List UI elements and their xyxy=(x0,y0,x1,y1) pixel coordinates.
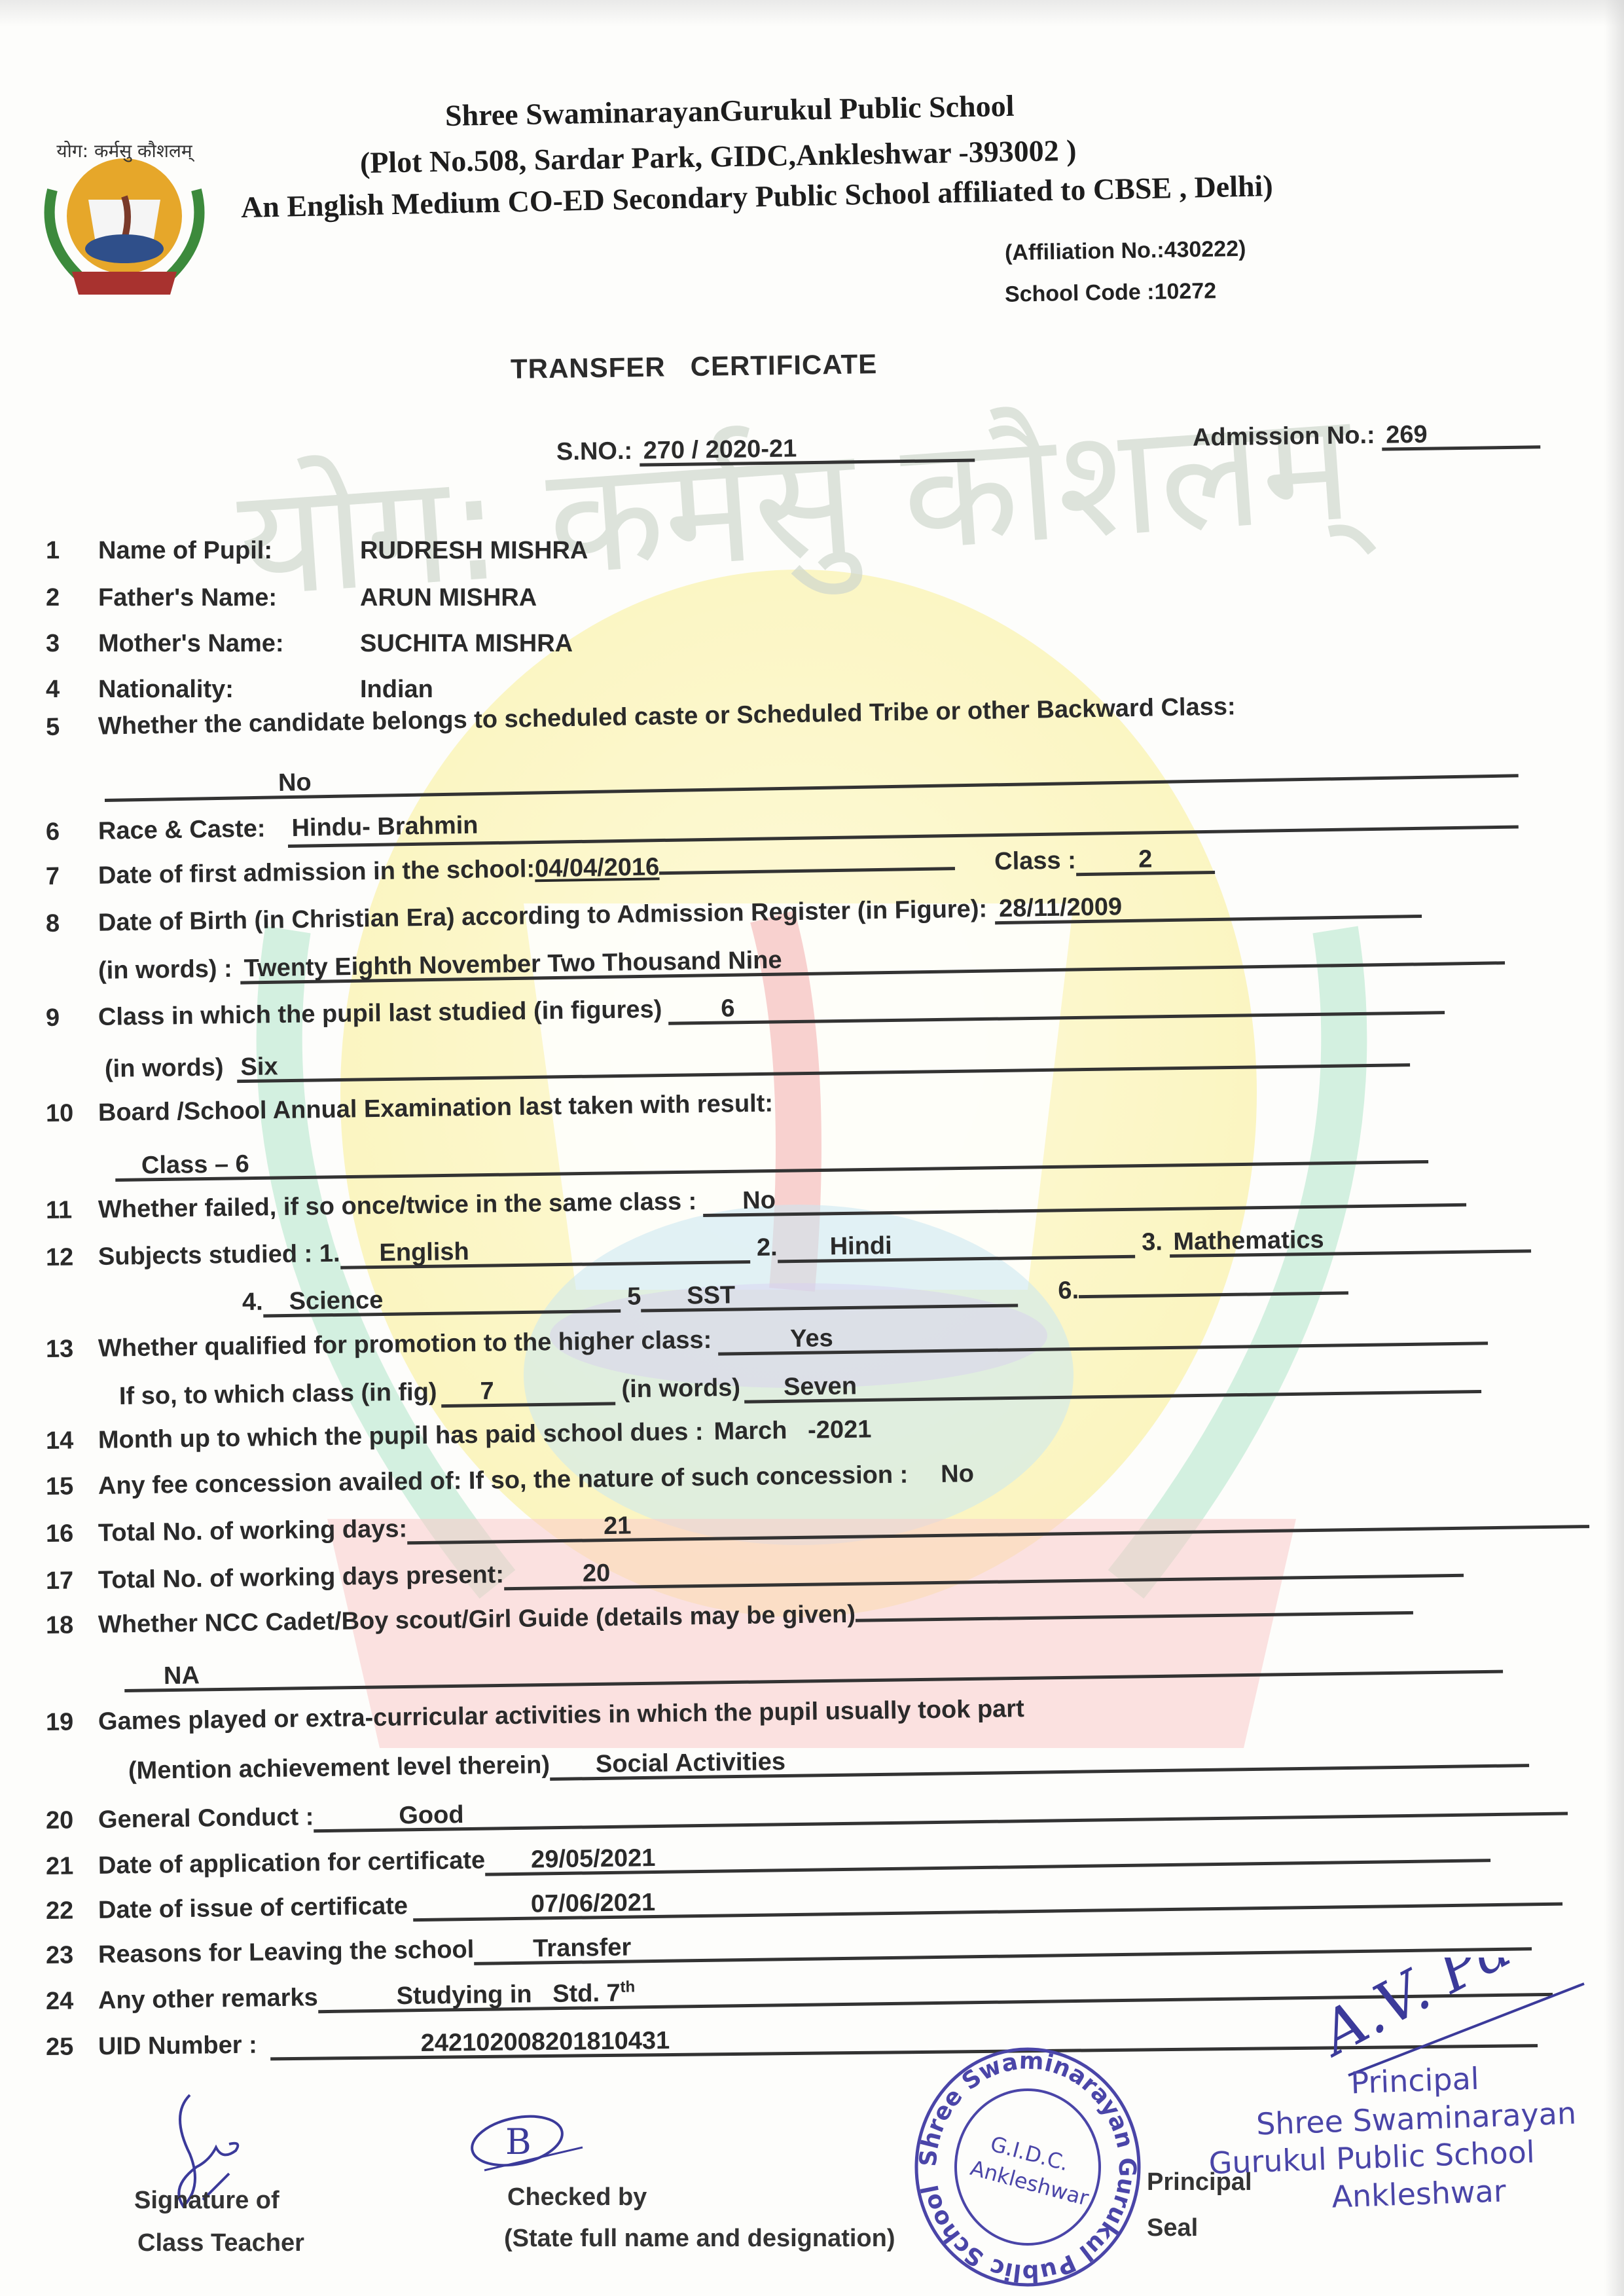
class-teacher-label-2: Class Teacher xyxy=(137,2229,304,2257)
field-subjects: 12Subjects studied : 1.English 2.Hindi 3… xyxy=(46,1223,1531,1273)
field-last-class-words: (in words)Six xyxy=(105,1037,1410,1085)
field-caste-category-value: No xyxy=(278,769,312,797)
field-uid-number: 25UID Number :242102008201810431 xyxy=(46,2018,1538,2063)
field-father-name: 2Father's Name:ARUN MISHRA xyxy=(46,584,537,612)
field-promotion-class: If so, to which class (in fig)7(in words… xyxy=(119,1364,1482,1412)
affiliation-number: (Affiliation No.:430222) xyxy=(1005,236,1246,266)
serial-number-label: S.NO.: xyxy=(556,437,633,466)
class-teacher-label-1: Signature of xyxy=(134,2187,280,2215)
field-mother-name: 3Mother's Name:SUCHITA MISHRA xyxy=(46,630,573,658)
svg-text:योग: कर्मसु कौशलम्: योग: कर्मसु कौशलम् xyxy=(56,140,194,162)
scan-shadow-right xyxy=(1604,0,1624,2296)
serial-number: S.NO.: 270 / 2020-21 xyxy=(556,433,975,468)
checked-by-label: Checked by xyxy=(507,2183,647,2212)
field-fee-concession: 15Any fee concession availed of: If so, … xyxy=(46,1460,975,1501)
field-pupil-name: 1Name of Pupil:RUDRESH MISHRA xyxy=(46,537,588,565)
field-last-exam: 10Board /School Annual Examination last … xyxy=(46,1089,774,1128)
field-nationality: 4Nationality:Indian xyxy=(46,676,433,704)
checked-by-signature: B xyxy=(458,2108,589,2180)
subject-4: Science xyxy=(262,1285,621,1318)
field-first-admission: 7Date of first admission in the school:0… xyxy=(46,845,1216,892)
field-last-class: 9Class in which the pupil last studied (… xyxy=(46,985,1445,1034)
field-days-present: 17Total No. of working days present:20 xyxy=(46,1548,1464,1597)
school-address: (Plot No.508, Sardar Park, GIDC,Ankleshw… xyxy=(360,133,1077,180)
svg-text:A.V. Patel: A.V. Patel xyxy=(1322,1958,1590,2071)
principal-stamp: Principal Shree Swaminarayan Gurukul Pub… xyxy=(1254,2057,1579,2219)
field-last-exam-value: Class – 6 xyxy=(115,1134,1428,1182)
subject-5: SST xyxy=(641,1279,1019,1312)
field-failed: 11Whether failed, if so once/twice in th… xyxy=(46,1177,1467,1226)
field-dob-in-words: (in words) :Twenty Eighth November Two T… xyxy=(98,935,1505,987)
field-race-caste: 6Race & Caste:Hindu- Brahmin xyxy=(46,812,478,847)
school-logo: योग: कर्मसु कौशलम् xyxy=(33,131,216,301)
field-general-conduct: 20General Conduct :Good xyxy=(46,1786,1568,1836)
field-ncc-value: NA xyxy=(124,1644,1503,1692)
serial-number-value: 270 / 2020-21 xyxy=(639,434,975,467)
field-dues-paid: 14Month up to which the pupil has paid s… xyxy=(46,1415,872,1455)
field-activities: 19Games played or extra-curricular activ… xyxy=(46,1695,1024,1737)
field-activities-value: (Mention achievement level therein)Socia… xyxy=(128,1738,1529,1787)
field-issue-date: 22Date of issue of certificate07/06/2021 xyxy=(46,1876,1562,1927)
field-leaving-reason: 23Reasons for Leaving the schoolTransfer xyxy=(46,1921,1532,1971)
subject-3: Mathematics xyxy=(1169,1224,1531,1258)
field-5-line xyxy=(105,774,1519,802)
seal-label: Seal xyxy=(1147,2214,1198,2242)
field-subjects-row2: 4.Science 5SST 6. xyxy=(242,1273,1349,1318)
subject-1: English xyxy=(340,1235,750,1269)
transfer-certificate-page: योग: कर्मसु कौशलम् योग: कर्मसु कौशलम् Sh… xyxy=(0,0,1624,2296)
field-promotion: 13Whether qualified for promotion to the… xyxy=(46,1315,1489,1365)
admission-number: Admission No.: 269 xyxy=(1193,419,1541,453)
subject-6 xyxy=(1079,1291,1348,1298)
scan-shadow-top xyxy=(0,0,1624,26)
admission-number-value: 269 xyxy=(1382,420,1541,450)
svg-text:B: B xyxy=(505,2121,532,2162)
school-code: School Code :10272 xyxy=(1005,278,1217,308)
field-date-of-birth: 8Date of Birth (in Christian Era) accord… xyxy=(46,888,1422,939)
field-working-days: 16Total No. of working days:21 xyxy=(46,1499,1590,1550)
subject-2: Hindi xyxy=(777,1230,1135,1264)
field-application-date: 21Date of application for certificate29/… xyxy=(46,1832,1491,1882)
field-ncc: 18Whether NCC Cadet/Boy scout/Girl Guide… xyxy=(46,1593,1413,1640)
admission-number-label: Admission No.: xyxy=(1193,422,1375,452)
checked-by-designation-label: (State full name and designation) xyxy=(504,2225,895,2253)
school-name: Shree SwaminarayanGurukul Public School xyxy=(445,88,1015,133)
document-title: TRANSFER CERTIFICATE xyxy=(511,348,878,385)
school-seal-stamp: Shree Swaminarayan Gurukul Public School… xyxy=(910,2043,1146,2291)
